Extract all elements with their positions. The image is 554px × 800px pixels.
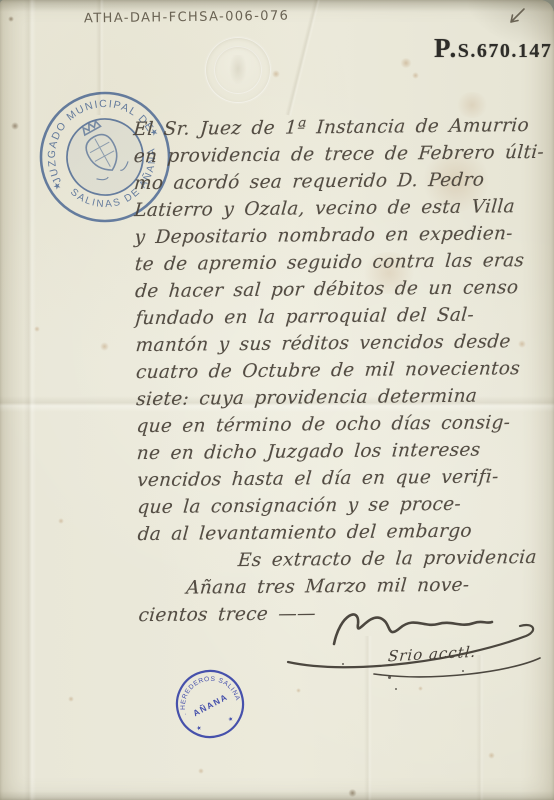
archive-round-stamp: G. HEREDEROS SALINAS AÑANA ★ ★ xyxy=(164,658,256,750)
foxing-spot xyxy=(296,688,301,693)
manuscript-line: Es extracto de la providencia xyxy=(137,544,553,575)
archive-stamp-center-text: AÑANA xyxy=(191,692,229,719)
foxing-spot xyxy=(272,70,280,78)
foxing-spot xyxy=(400,58,412,68)
bottom-edge-shade xyxy=(0,791,554,800)
foxing-spot xyxy=(68,696,74,702)
manuscript-body: El Sr. Juez de 1ª Instancia de Amurrioen… xyxy=(133,112,552,629)
archive-stamp-star-icon: ★ xyxy=(227,715,234,723)
archive-reference-pencil: ATHA-DAH-FCHSA-006-076 xyxy=(84,9,289,27)
foxing-spot xyxy=(418,686,423,691)
foxing-spot xyxy=(100,342,109,351)
embossed-seal xyxy=(205,37,271,103)
signature-flourish xyxy=(282,598,547,683)
foxing-spot xyxy=(58,518,64,524)
paper: ATHA-DAH-FCHSA-006-076 P.S.670.147 JUZGA… xyxy=(0,0,554,800)
foxing-spot xyxy=(488,752,495,759)
corner-pencil-mark-icon xyxy=(505,6,527,26)
foxing-spot xyxy=(348,789,357,797)
serial-number-stamp: P.S.670.147 xyxy=(434,33,552,64)
manuscript-line: da al levantamiento del embargo xyxy=(137,517,553,548)
foxing-spot xyxy=(34,326,40,332)
manuscript-line: que la consignación y se proce- xyxy=(136,490,552,521)
foxing-spot xyxy=(198,768,204,774)
manuscript-line: te de apremio seguido contra las eras xyxy=(134,247,550,278)
diagonal-crease-top xyxy=(285,0,322,116)
ink-speck xyxy=(395,688,397,690)
scanned-document: ATHA-DAH-FCHSA-006-076 P.S.670.147 JUZGA… xyxy=(0,0,554,800)
foxing-spot xyxy=(8,16,14,22)
manuscript-line: de hacer sal por débitos de un censo xyxy=(134,274,550,305)
manuscript-line: y Depositario nombrado en expedien- xyxy=(134,220,550,251)
stamp-star-icon: ★ xyxy=(52,180,64,193)
archive-stamp-star-icon: ★ xyxy=(195,724,202,732)
foxing-spot xyxy=(412,72,419,79)
